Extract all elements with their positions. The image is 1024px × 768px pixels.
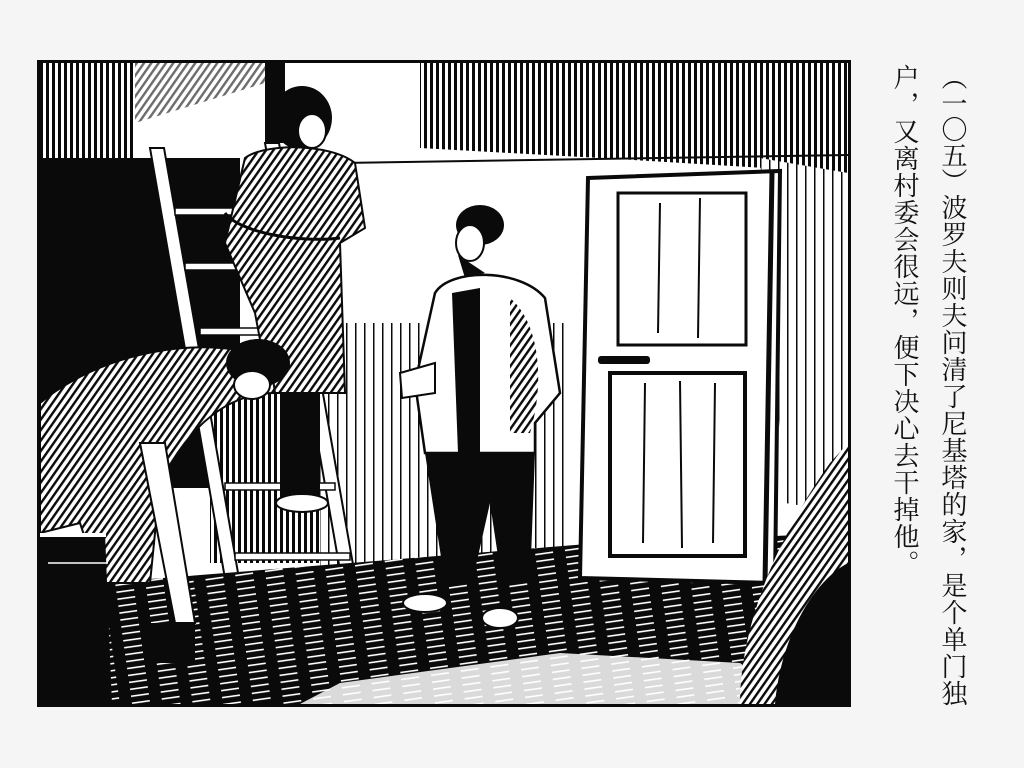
door-latch xyxy=(598,356,650,364)
caption-text: （一〇五）波罗夫则夫问清了尼基塔的家，是个单门独 户，又离村委会很远，便下决心去… xyxy=(880,64,976,714)
comic-illustration xyxy=(37,60,851,707)
comic-page: （一〇五）波罗夫则夫问清了尼基塔的家，是个单门独 户，又离村委会很远，便下决心去… xyxy=(0,0,1024,768)
panel-number: （一〇五） xyxy=(937,64,967,194)
caption-line-1-text: 波罗夫则夫问清了尼基塔的家，是个单门独 xyxy=(937,194,967,707)
caption-line-2: 户，又离村委会很远，便下决心去干掉他。 xyxy=(880,64,928,714)
caption-line-1: （一〇五）波罗夫则夫问清了尼基塔的家，是个单门独 xyxy=(928,64,976,714)
barrel xyxy=(40,533,112,704)
door xyxy=(580,171,780,583)
